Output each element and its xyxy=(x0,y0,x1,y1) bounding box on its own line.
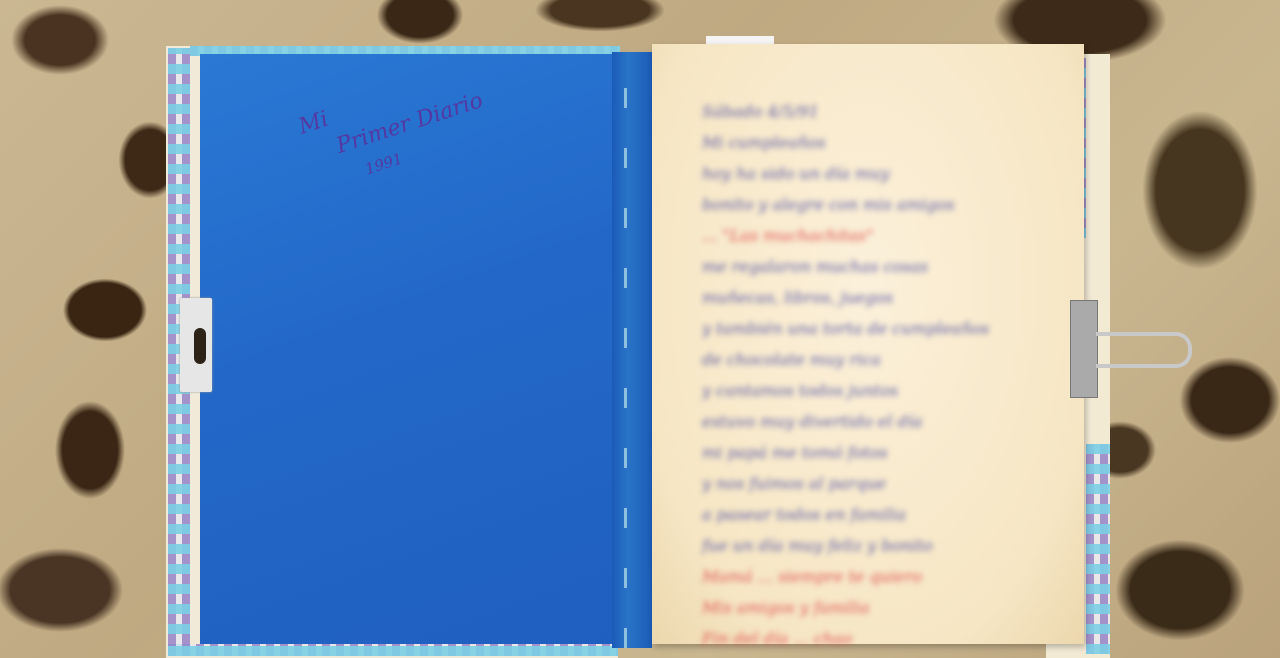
page-tab xyxy=(706,36,774,44)
page-line: Mamá ... siempre te quiero xyxy=(702,561,1056,592)
page-line: mi papá me tomó fotos xyxy=(702,437,1056,468)
page-line: y nos fuimos al parque xyxy=(702,468,1056,499)
page-line: muñecas, libros, juegos xyxy=(702,282,1056,313)
inner-cover-blue: Mi Primer Diario 1991 xyxy=(200,54,612,644)
diary-page: Sábado 4/5/91 Mi cumpleaños hoy ha sido … xyxy=(652,44,1084,644)
page-line: bonito y alegre con mis amigos xyxy=(702,189,1056,220)
page-line: y cantamos todos juntos xyxy=(702,375,1056,406)
page-text: Sábado 4/5/91 Mi cumpleaños hoy ha sido … xyxy=(702,96,1056,654)
page-line: estuvo muy divertido el día xyxy=(702,406,1056,437)
page-line: ... "Las muchachitas" xyxy=(702,220,1056,251)
spine xyxy=(612,52,652,648)
page-line: Mis amigos y familia xyxy=(702,592,1056,623)
open-diary: Mi Primer Diario 1991 Sábado 4/5/91 Mi c… xyxy=(166,44,1110,658)
plaid-border-bottom xyxy=(168,644,618,656)
page-line: fue un día muy feliz y bonito xyxy=(702,530,1056,561)
page-line: a pasear todos en familia xyxy=(702,499,1056,530)
page-line: de chocolate muy rica xyxy=(702,344,1056,375)
latch-slot xyxy=(194,328,206,364)
latch-plate xyxy=(180,298,212,392)
page-line: me regalaron muchas cosas xyxy=(702,251,1056,282)
clasp-loop-icon xyxy=(1096,332,1192,368)
plaid-border-right-bottom xyxy=(1086,444,1110,654)
cover-inscription: Mi Primer Diario 1991 xyxy=(295,58,496,200)
page-line: Sábado 4/5/91 xyxy=(702,96,1056,127)
page-line: y también una torta de cumpleaños xyxy=(702,313,1056,344)
page-line: Fin del día ... chao xyxy=(702,623,1056,654)
page-line: Mi cumpleaños xyxy=(702,127,1056,158)
clasp-plate xyxy=(1070,300,1098,398)
page-line: hoy ha sido un día muy xyxy=(702,158,1056,189)
